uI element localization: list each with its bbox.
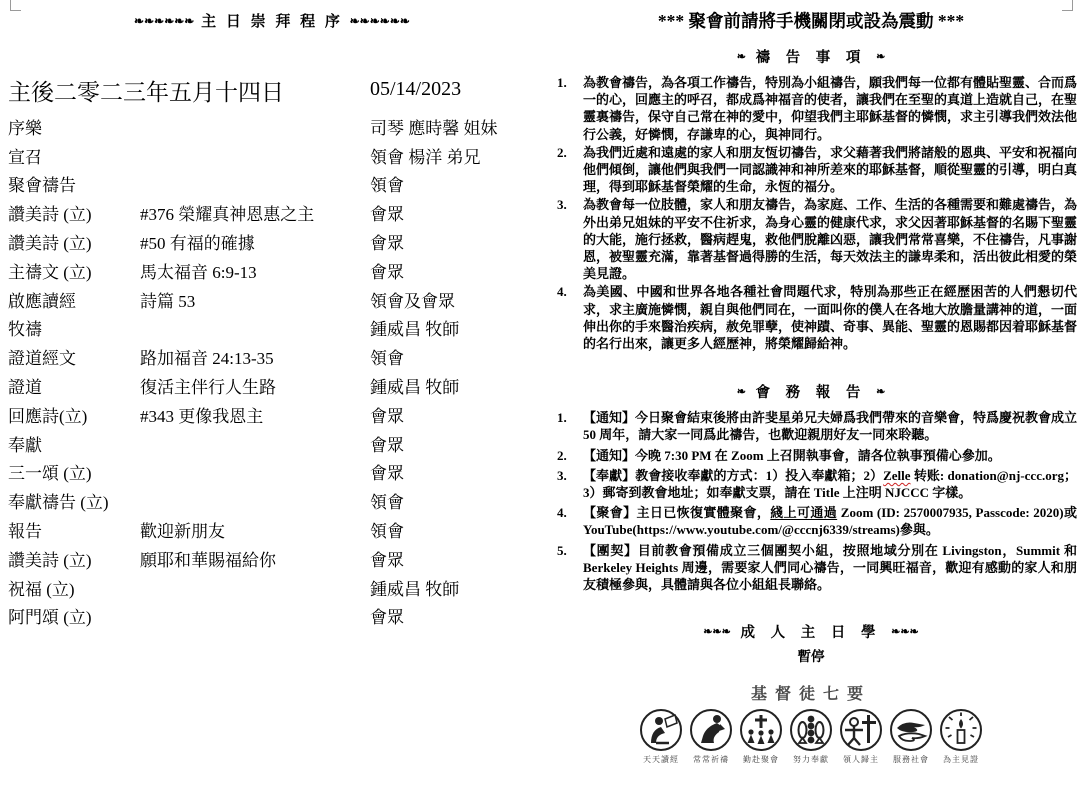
ornament-swirl-icon: ❧ [737,386,746,398]
program-row: 序樂 司琴 應時馨 姐妹 [8,112,536,141]
prayer-heading-row: ❧ 禱 告 事 項 ❧ [541,46,1081,67]
program-item-label: 啟應讀經 [8,287,140,312]
prayer-item-number: 4. [557,283,583,352]
program-row: 讚美詩 (立) 願耶和華賜福給你 會眾 [8,544,536,573]
prayer-item: 4. 為美國、中國和世界各地各種社會問題代求，特別為那些正在經歷困苦的人們懇切代… [557,283,1077,352]
announcement-text: 【通知】今日聚會結束後將由許斐星弟兄夫婦爲我們帶來的音樂會，特爲慶祝教會成立 5… [583,409,1077,443]
essential-gather: 勤赴聚會 [738,708,785,765]
program-title: 主 日 崇 拜 程 序 [201,14,343,30]
announcement-number: 2. [557,447,583,464]
program-item-detail: #343 更像我恩主 [140,402,370,427]
program-item-participant: 會眾 [370,459,536,484]
prayer-item-text: 為我們近處和遠處的家人和朋友恆切禱告，求父藉著我們將諸般的恩典、平安和祝福向他們… [583,144,1077,196]
program-row: 讚美詩 (立) #50 有福的確據 會眾 [8,227,536,256]
program-item-participant: 會眾 [370,546,536,571]
witness-candle-icon [939,708,983,752]
program-item-label: 讚美詩 (立) [8,546,140,571]
essential-caption: 勤赴聚會 [743,754,779,765]
prayer-heading: 禱 告 事 項 [756,50,867,66]
announcements-heading: 會 務 報 告 [756,385,867,401]
program-item-detail: 歡迎新朋友 [140,517,370,542]
phone-silence-notice: *** 聚會前請將手機關閉或設為震動 *** [541,8,1081,33]
announcement-text: 【聚會】主日已恢復實體聚會，綫上可通過 Zoom (ID: 2570007935… [583,504,1077,538]
announcement-number: 1. [557,409,583,443]
program-item-participant: 會眾 [370,603,536,628]
program-item-detail: 願耶和華賜福給你 [140,546,370,571]
program-item-detail: #376 榮耀真神恩惠之主 [140,200,370,225]
essential-caption: 服務社會 [893,754,929,765]
ornament-swirl-icon: ❧ [876,386,885,398]
prayer-item: 1. 為教會禱告，為各項工作禱告，特別為小組禱告，願我們每一位都有體貼聖靈、合而… [557,74,1077,143]
program-item-participant: 會眾 [370,258,536,283]
program-item-participant: 會眾 [370,229,536,254]
ornament-swirl-icon: ❧ [876,51,885,63]
program-item-participant: 領會 [370,171,536,196]
offering-icon [789,708,833,752]
program-item-label: 奉獻禱告 (立) [8,488,140,513]
program-item-participant: 領會 [370,517,536,542]
program-item-label: 宣召 [8,143,140,168]
essential-pray: 常常祈禱 [688,708,735,765]
announcement-number: 3. [557,467,583,501]
announcement-list: 1. 【通知】今日聚會結束後將由許斐星弟兄夫婦爲我們帶來的音樂會，特爲慶祝教會成… [541,409,1081,593]
prayer-list: 1. 為教會禱告，為各項工作禱告，特別為小組禱告，願我們每一位都有體貼聖靈、合而… [541,74,1081,352]
program-item-participant: 鍾威昌 牧師 [370,373,536,398]
ornament-swirls-icon: ❧❧❧❧❧❧ [134,14,194,28]
announcement-item: 4. 【聚會】主日已恢復實體聚會，綫上可通過 Zoom (ID: 2570007… [557,504,1077,538]
text-segment: 【通知】今日聚會結束後將由許斐星弟兄夫婦爲我們帶來的音樂會，特爲慶祝教會成立 5… [583,410,1077,442]
program-row: 主禱文 (立) 馬太福音 6:9-13 會眾 [8,256,536,285]
program-row: 牧禱 鍾威昌 牧師 [8,314,536,343]
ornament-swirls-icon: ❧❧❧❧❧❧ [350,14,410,28]
reading-bible-icon [639,708,683,752]
program-item-participant: 領會及會眾 [370,287,536,312]
seven-essentials-title: 基督徒七要 [541,681,1081,704]
essential-caption: 天天讀經 [643,754,679,765]
announcement-item: 3. 【奉獻】教會接收奉獻的方式：1）投入奉獻箱；2）Zelle 转账: don… [557,467,1077,501]
program-row: 報告 歡迎新朋友 領會 [8,515,536,544]
essential-read-bible: 天天讀經 [638,708,685,765]
worship-date-chinese: 主後二零二三年五月十四日 [8,74,284,107]
ornament-swirls-icon: ❧❧❧ [703,626,731,638]
program-item-label: 阿門頌 (立) [8,603,140,628]
program-row: 聚會禱告 領會 [8,170,536,199]
program-item-label: 聚會禱告 [8,171,140,196]
program-item-detail: #50 有福的確據 [140,229,370,254]
program-item-label: 證道 [8,373,140,398]
program-item-participant: 領會 [370,488,536,513]
serving-society-icon [889,708,933,752]
program-row: 證道 復活主伴行人生路 鍾威昌 牧師 [8,371,536,400]
ornament-swirl-icon: ❧ [737,51,746,63]
announcement-item: 5. 【團契】目前教會預備成立三個團契小組，按照地域分別在 Livingston… [557,542,1077,594]
program-item-detail: 路加福音 24:13-35 [140,344,370,369]
bulletin-page: ❧❧❧❧❧❧ 主 日 崇 拜 程 序 ❧❧❧❧❧❧ 主後二零二三年五月十四日 0… [0,0,1083,805]
program-row: 回應詩(立) #343 更像我恩主 會眾 [8,400,536,429]
program-row: 宣召 領會 楊洋 弟兄 [8,141,536,170]
prayer-item-text: 為教會禱告，為各項工作禱告，特別為小組禱告，願我們每一位都有體貼聖靈、合而爲一的… [583,74,1077,143]
ornament-swirls-icon: ❧❧❧ [891,626,919,638]
text-segment: 【聚會】主日已恢復實體聚會， [583,505,770,520]
program-item-label: 回應詩(立) [8,402,140,427]
program-item-detail: 馬太福音 6:9-13 [140,258,370,283]
text-segment: 【團契】目前教會預備成立三個團契小組，按照地域分別在 Livingston，Su… [583,543,1077,592]
program-item-label: 證道經文 [8,344,140,369]
program-row: 啟應讀經 詩篇 53 領會及會眾 [8,285,536,314]
program-item-label: 牧禱 [8,315,140,340]
program-title-row: ❧❧❧❧❧❧ 主 日 崇 拜 程 序 ❧❧❧❧❧❧ [8,10,536,31]
seven-essentials-icons: 天天讀經 常常祈禱 [541,708,1081,765]
essential-offering: 努力奉獻 [788,708,835,765]
announcement-number: 4. [557,504,583,538]
program-item-label: 讚美詩 (立) [8,229,140,254]
program-item-label: 讚美詩 (立) [8,200,140,225]
program-table: 序樂 司琴 應時馨 姐妹 宣召 領會 楊洋 弟兄 聚會禱告 領會 [8,112,536,630]
essential-evangelize: 領人歸主 [838,708,885,765]
marked-text: 綫上可通過 [770,505,837,520]
prayer-item-text: 為教會每一位肢體，家人和朋友禱告，為家庭、工作、生活的各種需要和難處禱告，為外出… [583,196,1077,282]
program-row: 讚美詩 (立) #376 榮耀真神恩惠之主 會眾 [8,198,536,227]
announcement-text: 【奉獻】教會接收奉獻的方式：1）投入奉獻箱；2）Zelle 转账: donati… [583,467,1077,501]
essential-serve: 服務社會 [888,708,935,765]
evangelism-icon [839,708,883,752]
program-item-detail: 復活主伴行人生路 [140,373,370,398]
prayer-item: 3. 為教會每一位肢體，家人和朋友禱告，為家庭、工作、生活的各種需要和難處禱告，… [557,196,1077,282]
prayer-item-number: 2. [557,144,583,196]
program-item-label: 序樂 [8,114,140,139]
program-item-participant: 司琴 應時馨 姐妹 [370,114,536,139]
seven-essentials-block: 基督徒七要 天天讀經 [541,681,1081,765]
essential-caption: 領人歸主 [843,754,879,765]
program-row: 奉獻 會眾 [8,429,536,458]
program-item-detail: 詩篇 53 [140,287,370,312]
announcement-text: 【團契】目前教會預備成立三個團契小組，按照地域分別在 Livingston，Su… [583,542,1077,594]
program-item-label: 祝福 (立) [8,575,140,600]
program-item-participant: 鍾威昌 牧師 [370,575,536,600]
program-item-participant: 鍾威昌 牧師 [370,315,536,340]
sunday-school-status: 暫停 [541,645,1081,665]
program-item-label: 三一頌 (立) [8,459,140,484]
announcements-heading-row: ❧ 會 務 報 告 ❧ [541,381,1081,402]
program-row: 三一頌 (立) 會眾 [8,458,536,487]
prayer-item-number: 3. [557,196,583,282]
program-row: 證道經文 路加福音 24:13-35 領會 [8,342,536,371]
program-row: 祝福 (立) 鍾威昌 牧師 [8,573,536,602]
program-item-label: 奉獻 [8,431,140,456]
program-item-participant: 會眾 [370,200,536,225]
essential-caption: 努力奉獻 [793,754,829,765]
announcement-item: 1. 【通知】今日聚會結束後將由許斐星弟兄夫婦爲我們帶來的音樂會，特爲慶祝教會成… [557,409,1077,443]
prayer-item-number: 1. [557,74,583,143]
marked-text: Zelle [883,468,910,483]
essential-caption: 為主見證 [943,754,979,765]
program-item-participant: 會眾 [370,431,536,456]
church-gathering-icon [739,708,783,752]
text-segment: 【通知】今晚 7:30 PM 在 Zoom 上召開執事會，請各位執事預備心參加。 [583,448,1001,463]
sunday-school-heading-row: ❧❧❧ 成 人 主 日 學 ❧❧❧ [541,621,1081,642]
program-item-label: 主禱文 (立) [8,258,140,283]
prayer-item-text: 為美國、中國和世界各地各種社會問題代求，特別為那些正在經歷困苦的人們懇切代求，求… [583,283,1077,352]
text-segment: 【奉獻】教會接收奉獻的方式：1）投入奉獻箱；2） [583,468,883,483]
announcement-item: 2. 【通知】今晚 7:30 PM 在 Zoom 上召開執事會，請各位執事預備心… [557,447,1077,464]
essential-caption: 常常祈禱 [693,754,729,765]
prayer-item: 2. 為我們近處和遠處的家人和朋友恆切禱告，求父藉著我們將諸般的恩典、平安和祝福… [557,144,1077,196]
worship-date-numeric: 05/14/2023 [370,78,461,101]
program-item-participant: 領會 [370,344,536,369]
essential-witness: 為主見證 [938,708,985,765]
announcement-text: 【通知】今晚 7:30 PM 在 Zoom 上召開執事會，請各位執事預備心參加。 [583,447,1077,464]
program-item-participant: 會眾 [370,402,536,427]
program-row: 奉獻禱告 (立) 領會 [8,486,536,515]
announcements-column: *** 聚會前請將手機關閉或設為震動 *** ❧ 禱 告 事 項 ❧ 1. 為教… [541,0,1081,805]
announcement-number: 5. [557,542,583,594]
sunday-school-heading: 成 人 主 日 學 [741,625,882,641]
program-item-label: 報告 [8,517,140,542]
worship-program-column: ❧❧❧❧❧❧ 主 日 崇 拜 程 序 ❧❧❧❧❧❧ 主後二零二三年五月十四日 0… [8,0,536,805]
program-item-participant: 領會 楊洋 弟兄 [370,143,536,168]
program-row: 阿門頌 (立) 會眾 [8,602,536,631]
praying-icon [689,708,733,752]
